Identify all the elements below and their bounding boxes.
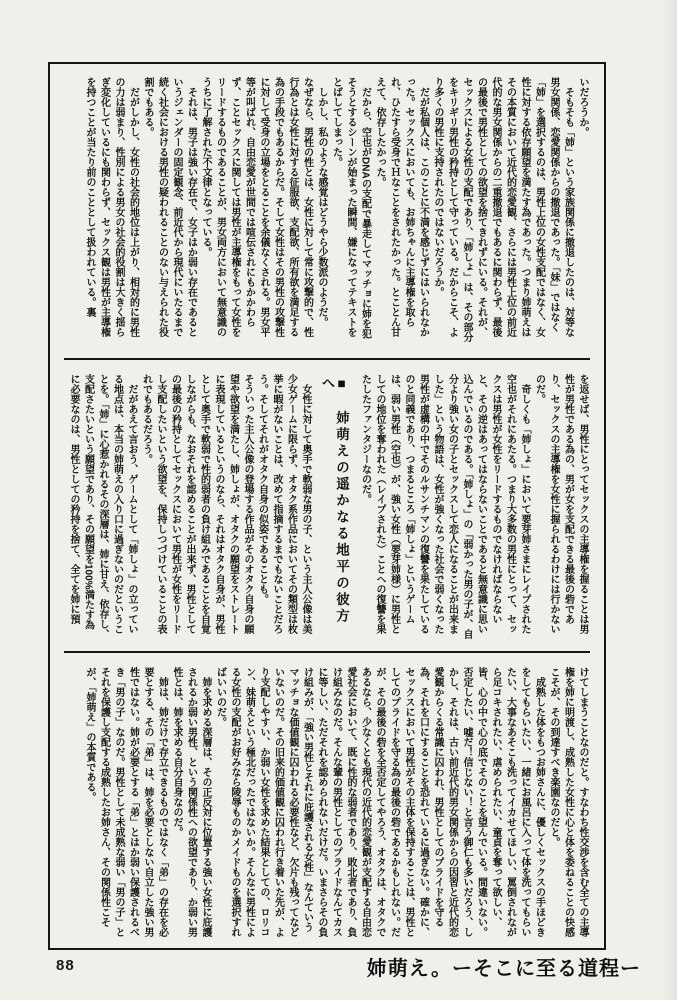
- paragraph: だがしかし、女性の社会的地位は上がり、相対的に男性の力は弱まり、性別による男女の…: [82, 77, 140, 346]
- paragraph: を返せば、男性にとってセックスの主導権を握ることは男性が男性である為の、男が女を…: [531, 374, 589, 639]
- scanned-page: いだろうか。 そもそも「姉」という家族関係に撤退したのは、対等な男女関係、恋愛関…: [0, 0, 677, 1000]
- section-top-text: いだろうか。 そもそも「姉」という家族関係に撤退したのは、対等な男女関係、恋愛関…: [82, 77, 590, 346]
- section-top: いだろうか。 そもそも「姉」という家族関係に撤退したのは、対等な男女関係、恋愛関…: [50, 64, 604, 357]
- paragraph: それは、男子は強い存在で、女子はか弱い存在であるというジェンダーの固定観念、前近…: [140, 77, 198, 346]
- article-title: 姉萌え。ーそこに至る道程ー: [367, 952, 641, 981]
- paragraph: 成熟した体をもつお姉さんに、優しくセックスの手ほどきをしてもらいたい、一緒にお風…: [212, 667, 546, 937]
- article-box: いだろうか。 そもそも「姉」という家族関係に撤退したのは、対等な男女関係、恋愛関…: [48, 62, 606, 950]
- middle-text-after-heading: 女性に対して奥手で軟弱な男の子、という主人公像は美少女ゲームに限らず、オタク系作…: [66, 374, 313, 639]
- section-divider-1: [64, 358, 590, 360]
- section-heading: ■ 姉萌えの遥かなる地平の彼方へ: [319, 374, 348, 639]
- paragraph: いだろうか。: [575, 77, 590, 346]
- paragraph: しかし、私のような感覚はどうやら少数派のようだ。: [314, 77, 329, 346]
- paragraph: 姉を求める深層は、その正反対に位置する強い女性に庇護されるか弱い男性、という関係…: [169, 667, 213, 937]
- section-bottom-text: けてしまうことなのだと。すなわち性交渉を含む全ての主導権を姉に明渡し、成熟した女…: [82, 667, 590, 937]
- paragraph: だがあえて言おう、ゲームとして「姉しょ」の立っている地点は、本当の姉萌えの入り口…: [66, 374, 139, 639]
- paragraph: だが私個人は、このことに不満を感じずにはいられなかった。セックスにおいても、お姉…: [372, 77, 430, 346]
- middle-text-before-heading: を返せば、男性にとってセックスの主導権を握ることは男性が男性である為の、男が女を…: [357, 374, 589, 639]
- section-middle-text: を返せば、男性にとってセックスの主導権を握ることは男性が男性である為の、男が女を…: [66, 374, 590, 639]
- paragraph: だから、空也がDNAの支配で暴走してマッチョに姉を犯そうとするシーンが始まった瞬…: [328, 77, 372, 346]
- section-divider-2: [64, 651, 590, 653]
- page-number: 88: [56, 957, 75, 974]
- section-middle: を返せば、男性にとってセックスの主導権を握ることは男性が男性である為の、男が女を…: [50, 361, 604, 650]
- paragraph: なぜなら、男性の性とは、女性に対して常に攻撃的で、性行為とは女性に対する征服欲、…: [198, 77, 314, 346]
- paragraph: そもそも「姉」という家族関係に撤退したのは、対等な男女関係、恋愛関係からの撤退で…: [430, 77, 575, 346]
- paragraph: そういった主人公像の登場する作品がそのオタク自身の願望や欲望を満たし、姉しょが、…: [138, 374, 254, 639]
- scan-edge-shading: [663, 0, 677, 1000]
- paragraph: 姉は、姉だけで存立できるものではなく「弟」の存在を必要とする、その「弟」は、姉を…: [82, 667, 169, 937]
- paragraph: 女性に対して奥手で軟弱な男の子、という主人公像は美少女ゲームに限らず、オタク系作…: [254, 374, 312, 639]
- paragraph: けてしまうことなのだと。すなわち性交渉を含む全ての主導権を姉に明渡し、成熟した女…: [546, 667, 590, 937]
- paragraph: 奇しくも「姉しょ」において要芽姉さまにレイプされた空也がそれにあたる。つまり大多…: [357, 374, 531, 639]
- section-bottom: けてしまうことなのだと。すなわち性交渉を含む全ての主導権を姉に明渡し、成熟した女…: [50, 654, 604, 948]
